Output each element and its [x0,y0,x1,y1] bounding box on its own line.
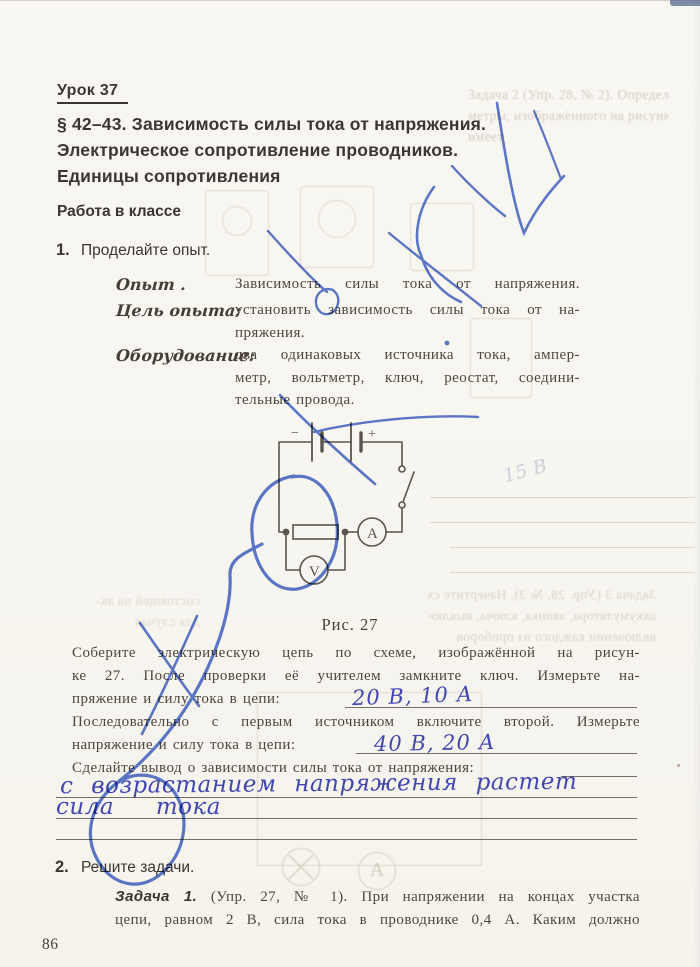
resistor-symbol [293,525,338,539]
ghost-ruled-line [450,572,695,573]
battery-minus-label: − [291,426,299,441]
switch-contact-bottom [399,502,405,508]
instruction-line1: Соберите электрическую цепь по схеме, из… [72,645,640,662]
junction-dot-right [342,529,347,534]
scan-top-edge [0,0,700,1]
instruction-line4: Последовательно с первым источником вклю… [72,714,640,731]
section1-number: 1. [56,241,70,260]
battery-plus-label: + [368,427,376,442]
handwritten-conclusion-line2: сила тока [56,794,221,820]
ghost-line: включении каждого из приборов [428,626,656,647]
lesson-underline [57,102,128,104]
junction-dot-left [283,529,288,534]
page-title-line2: Электрическое сопротивление проводников. [57,137,458,163]
ghost-line: Задача 2 (Упр. 28, № 2). Определите цену… [468,84,668,105]
figure-caption: Рис. 27 [295,615,405,635]
ghost-text-mid-right: Задача 3 (Упр. 28, № 3). Начертите схему… [428,584,656,647]
voltmeter-letter: V [309,564,320,580]
ghost-lamp-symbol [282,848,320,886]
instruction-line2: ке 27. После проверки её учителем замкни… [72,668,640,685]
lesson-label: Урок 37 [57,82,118,100]
ghost-meter-dial [222,206,252,236]
task1-label: Задача 1. [115,888,197,905]
ghost-line: имеет [468,126,668,147]
page-edge-shadow [692,0,700,967]
ruled-line-3 [56,839,637,840]
handwritten-answer-2: 40 В, 20 А [374,730,496,756]
section1-text: Проделайте опыт. [81,242,210,260]
ghost-text-left: состоящей на ак- для случая [40,590,200,632]
goal-label: Цель опыта: [115,301,242,320]
equipment-value-line2: метр, вольтметр, ключ, реостат, соедини- [235,370,580,387]
switch-lever [403,472,414,502]
task1-line2: цепи, равном 2 В, сила тока в проводнике… [115,912,640,929]
subtitle-classwork: Работа в классе [57,203,181,221]
switch-contact-top [399,466,405,472]
pen-dot [445,341,450,346]
page-title-line3: Единицы сопротивления [57,163,281,189]
ammeter-letter: A [367,526,378,542]
ghost-line: состоящей на ак- [40,590,200,611]
section2-number: 2. [55,858,69,877]
ghost-line: Задача 3 (Упр. 28, № 3). Начертите схему… [428,584,656,605]
goal-value-line1: установить зависимость силы тока от на- [235,302,580,319]
handwritten-answer-1: 20 В, 10 А [352,682,474,710]
task1-text: (Упр. 27, № 1). При напряжении на концах… [211,889,640,905]
ghost-handwriting: 15 В [501,455,549,488]
ghost-line: метры, изображённого на рисунке 26. Како… [468,105,668,126]
experiment-label: Опыт . [115,275,186,294]
page-number: 86 [42,936,59,954]
task1-line1: Задача 1. (Упр. 27, № 1). При напряжении… [115,888,640,906]
ghost-text-top-right: Задача 2 (Упр. 28, № 2). Определите цену… [468,84,668,147]
instruction-line3: пряжение и силу тока в цепи: [72,691,280,708]
ghost-meter-dial [318,200,356,238]
ink-speck [677,764,680,767]
ghost-ammeter-symbol: A [358,852,396,890]
ghost-line: аккумулятора, звонка, ключа, выключателя [428,605,656,626]
equipment-value-line1: два одинаковых источника тока, ампер- [235,347,580,364]
circuit-wires [279,442,402,570]
ghost-ruled-line [450,547,695,548]
instruction-line5: напряжение и силу тока в цепи: [72,737,295,754]
section2-text: Решите задачи. [81,859,194,877]
ghost-ruled-line [430,522,695,523]
goal-value-line2: пряжения. [235,325,305,342]
ghost-meter-box [410,203,474,271]
experiment-value: Зависимость силы тока от напряжения. [235,276,580,293]
ghost-line: для случая [40,611,200,632]
ghost-ruled-line [430,497,695,498]
circuit-diagram: − + A V [250,402,435,607]
workbook-page: Задача 2 (Упр. 28, № 2). Определите цену… [0,0,700,967]
page-title-line1: § 42–43. Зависимость силы тока от напряж… [57,111,486,137]
